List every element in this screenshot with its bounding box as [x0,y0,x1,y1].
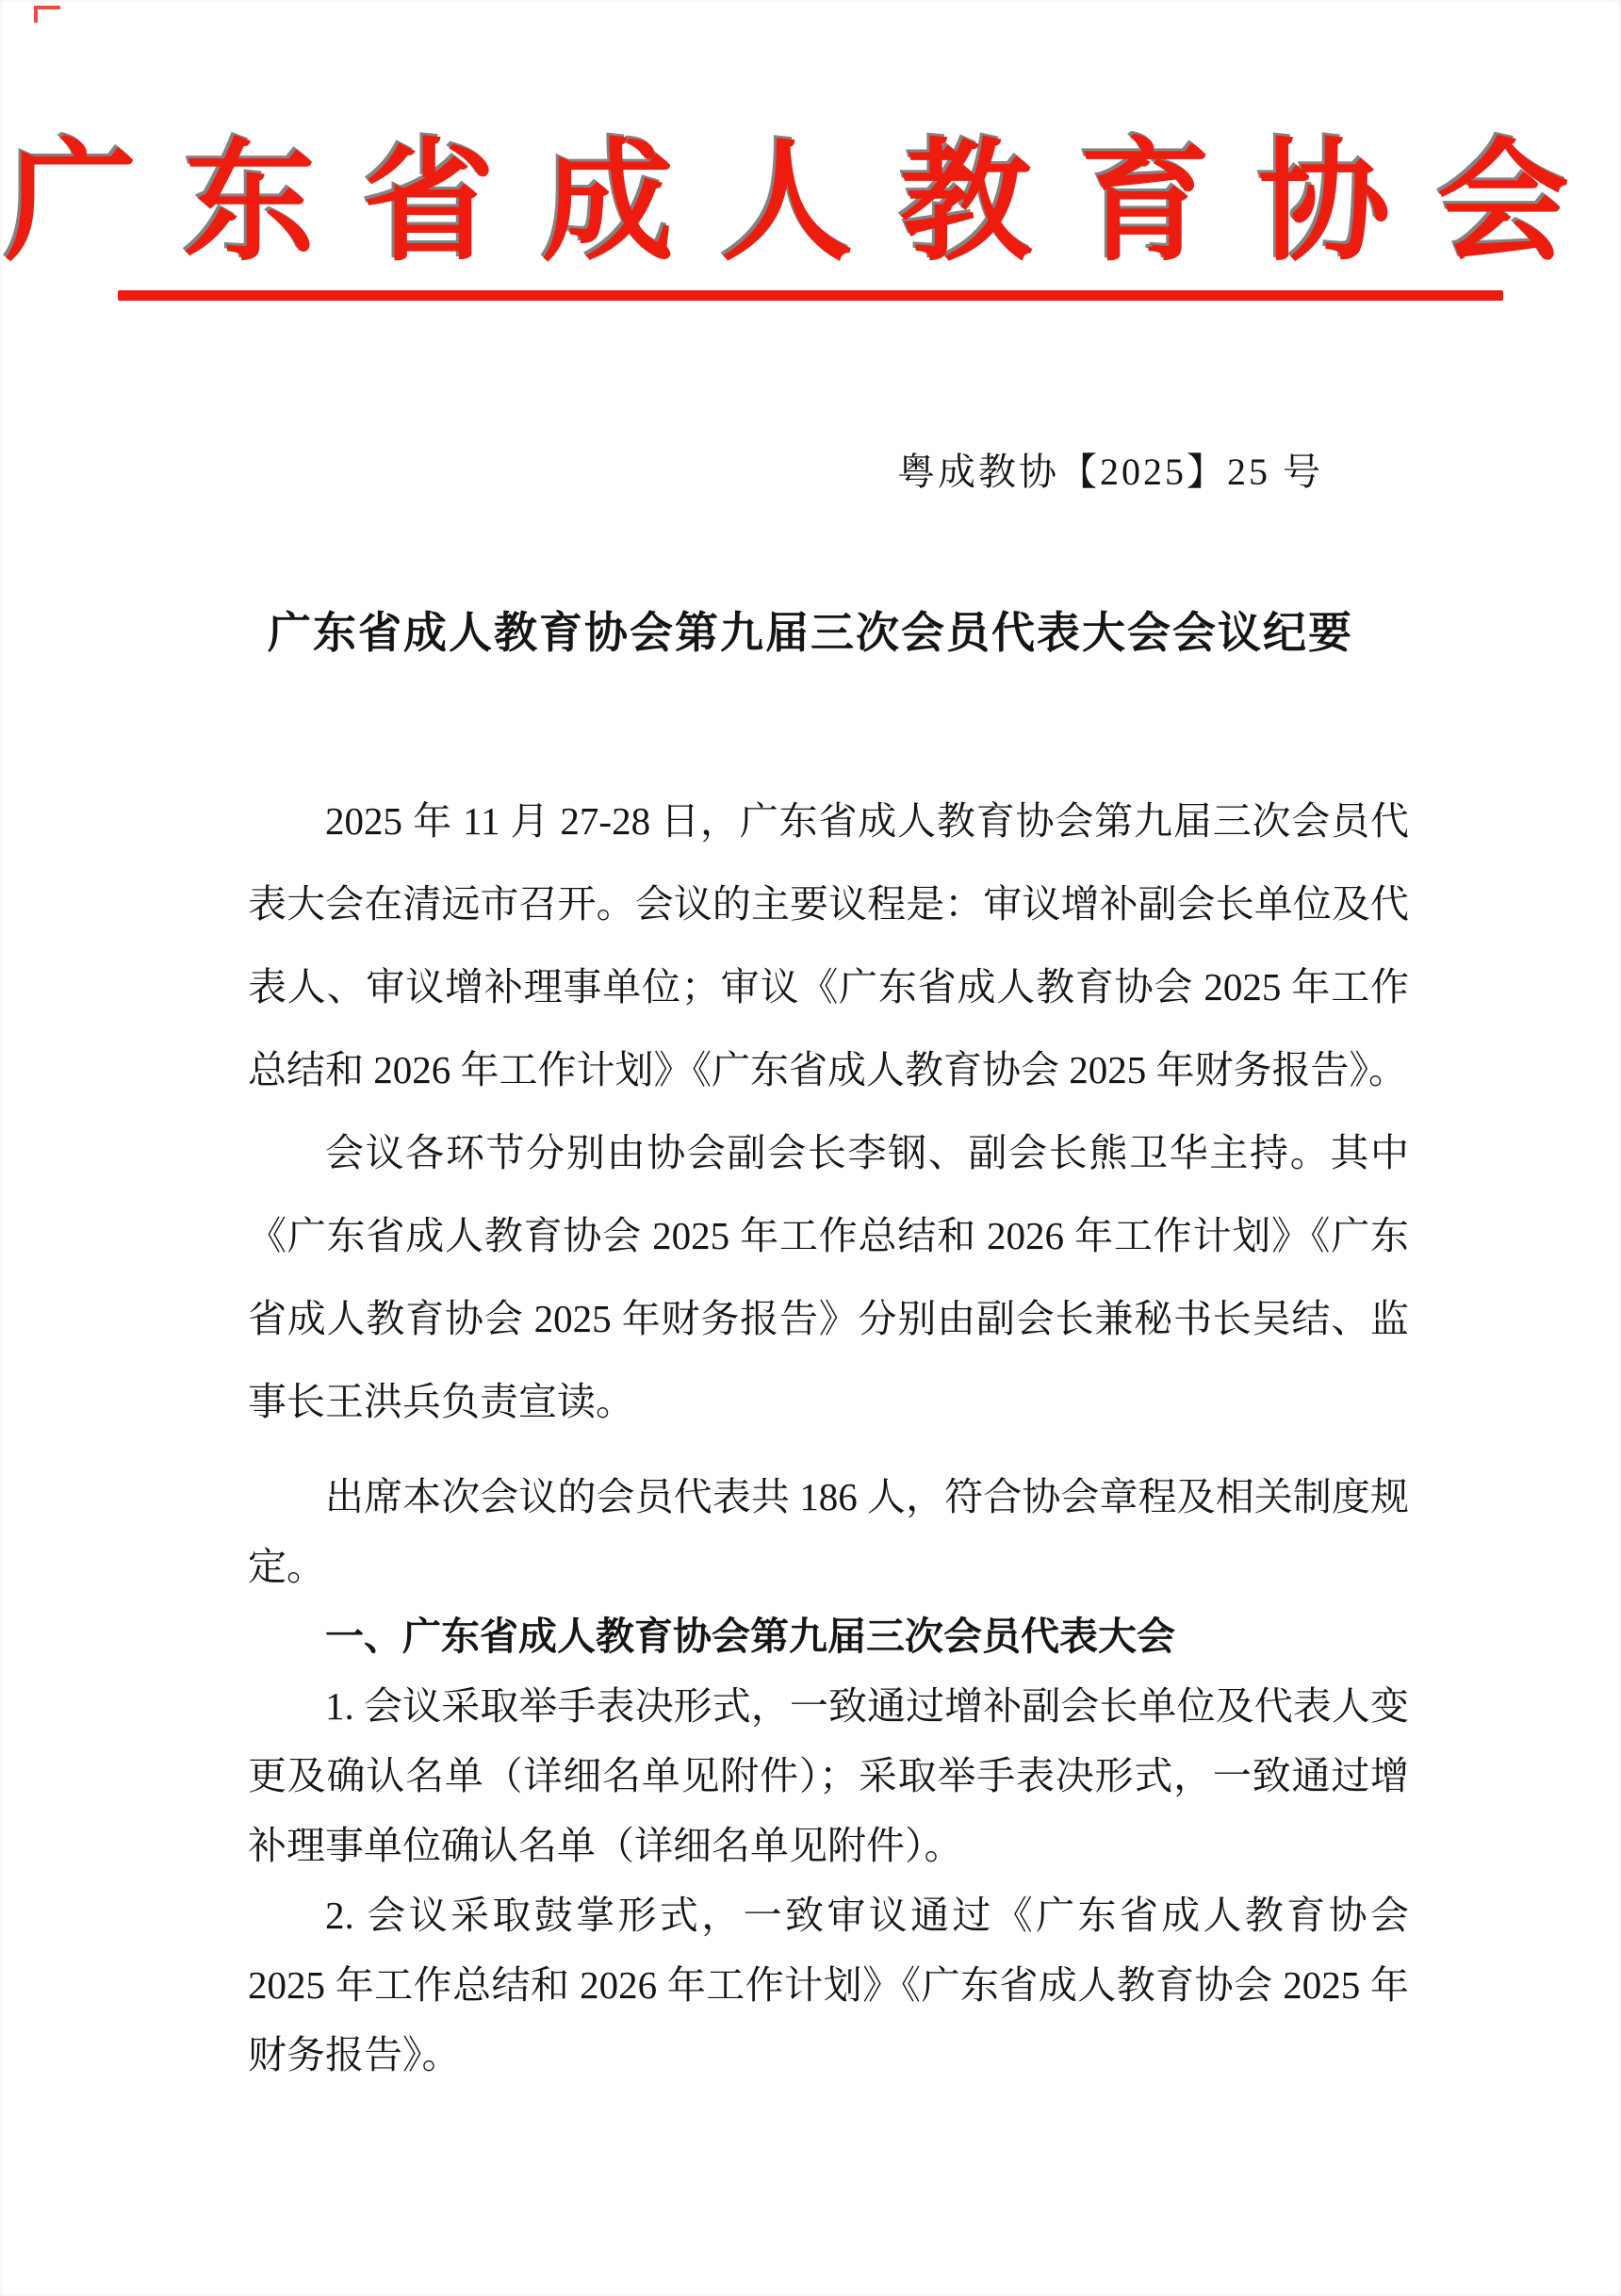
body-section-lower: 出席本次会议的会员代表共 186 人，符合协会章程及相关制度规定。 一、广东省成… [248,1462,1409,2090]
paragraph-attendance: 出席本次会议的会员代表共 186 人，符合协会章程及相关制度规定。 [248,1462,1409,1601]
document-page: 广东省成人教育协会 粤成教协【2025】25 号 广东省成人教育协会第九届三次会… [0,0,1621,2296]
paragraph-hosts-and-readers: 会议各环节分别由协会副会长李钢、副会长熊卫华主持。其中《广东省成人教育协会 20… [248,1111,1409,1443]
red-corner-mark-icon [34,6,60,23]
document-number: 粤成教协【2025】25 号 [0,450,1621,495]
section-1-heading: 一、广东省成人教育协会第九届三次会员代表大会 [248,1601,1409,1671]
letterhead-org-name: 广东省成人教育协会 [0,0,1621,277]
paragraph-section-1-item-2: 2. 会议采取鼓掌形式，一致审议通过《广东省成人教育协会 2025 年工作总结和… [248,1880,1409,2090]
red-divider-line [118,290,1503,301]
body-section-upper: 2025 年 11 月 27-28 日，广东省成人教育协会第九届三次会员代表大会… [248,779,1409,1443]
paragraph-meeting-overview: 2025 年 11 月 27-28 日，广东省成人教育协会第九届三次会员代表大会… [248,779,1409,1111]
letterhead-header: 广东省成人教育协会 [0,0,1621,301]
paragraph-section-1-item-1: 1. 会议采取举手表决形式，一致通过增补副会长单位及代表人变更及确认名单（详细名… [248,1671,1409,1880]
document-title: 广东省成人教育协会第九届三次会员代表大会会议纪要 [198,604,1423,663]
